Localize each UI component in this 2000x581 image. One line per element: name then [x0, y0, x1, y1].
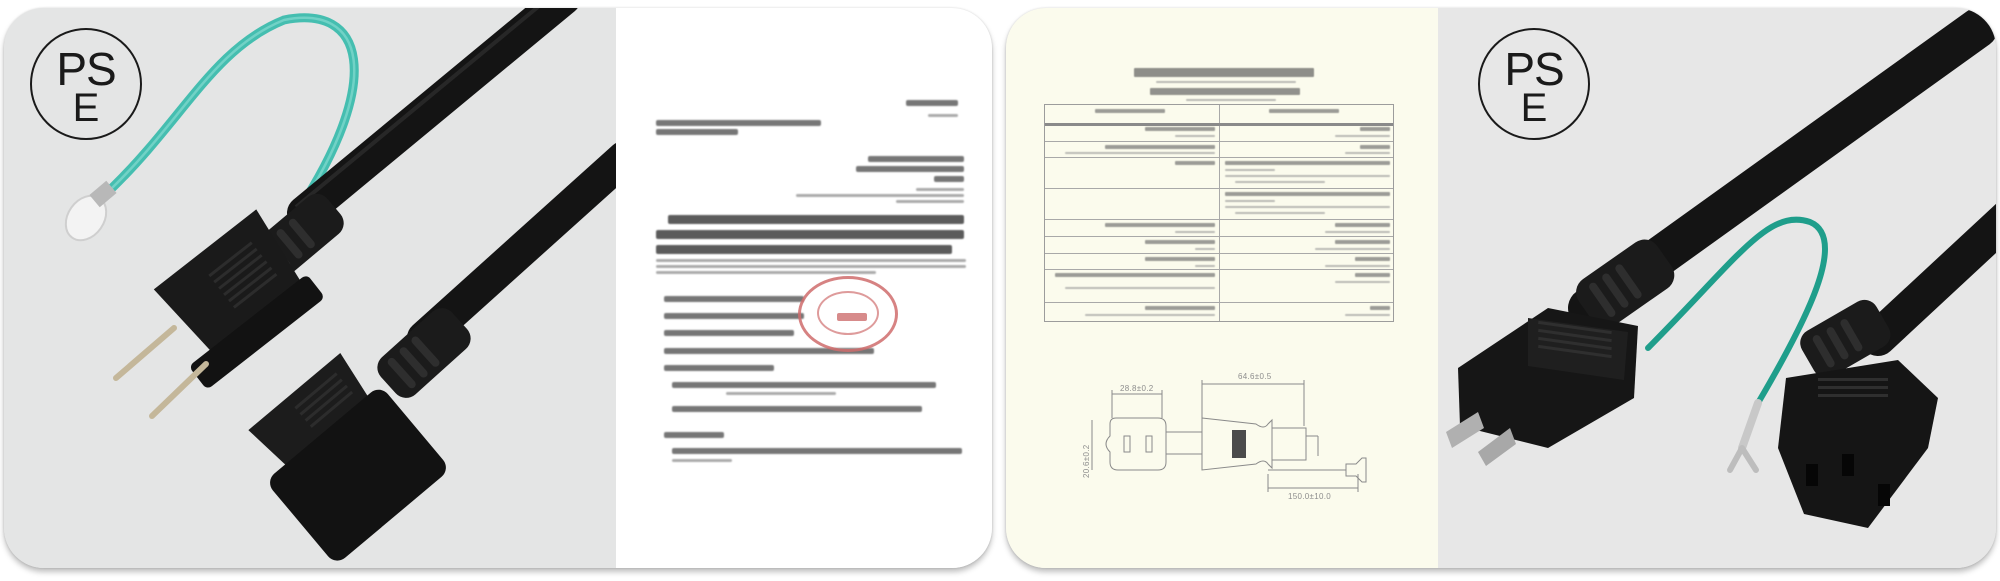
- dim-ground-lead: 150.0±10.0: [1288, 492, 1331, 501]
- red-seal-stamp: [798, 276, 898, 352]
- certificate-document: [616, 8, 992, 568]
- right-image-card: 28.8±0.2 64.6±0.5 20.6±0.2 150.0±10.0: [1006, 8, 1996, 568]
- pse-mark-right: PS E: [1478, 28, 1590, 140]
- product-photo-right: PS E: [1438, 8, 1996, 568]
- dim-plug-length: 64.6±0.5: [1238, 372, 1271, 381]
- left-image-card: PS E: [4, 8, 992, 568]
- product-photo-left: PS E: [4, 8, 616, 568]
- pse-mark-e: E: [32, 88, 140, 128]
- specification-table: [1044, 104, 1394, 322]
- pse-mark-left: PS E: [30, 28, 142, 140]
- dim-plug-width: 28.8±0.2: [1120, 384, 1153, 393]
- dim-plug-height: 20.6±0.2: [1082, 445, 1091, 478]
- pse-mark-e: E: [1480, 88, 1588, 128]
- plug-dimension-drawing: [1006, 378, 1438, 498]
- specification-sheet: 28.8±0.2 64.6±0.5 20.6±0.2 150.0±10.0: [1006, 8, 1438, 568]
